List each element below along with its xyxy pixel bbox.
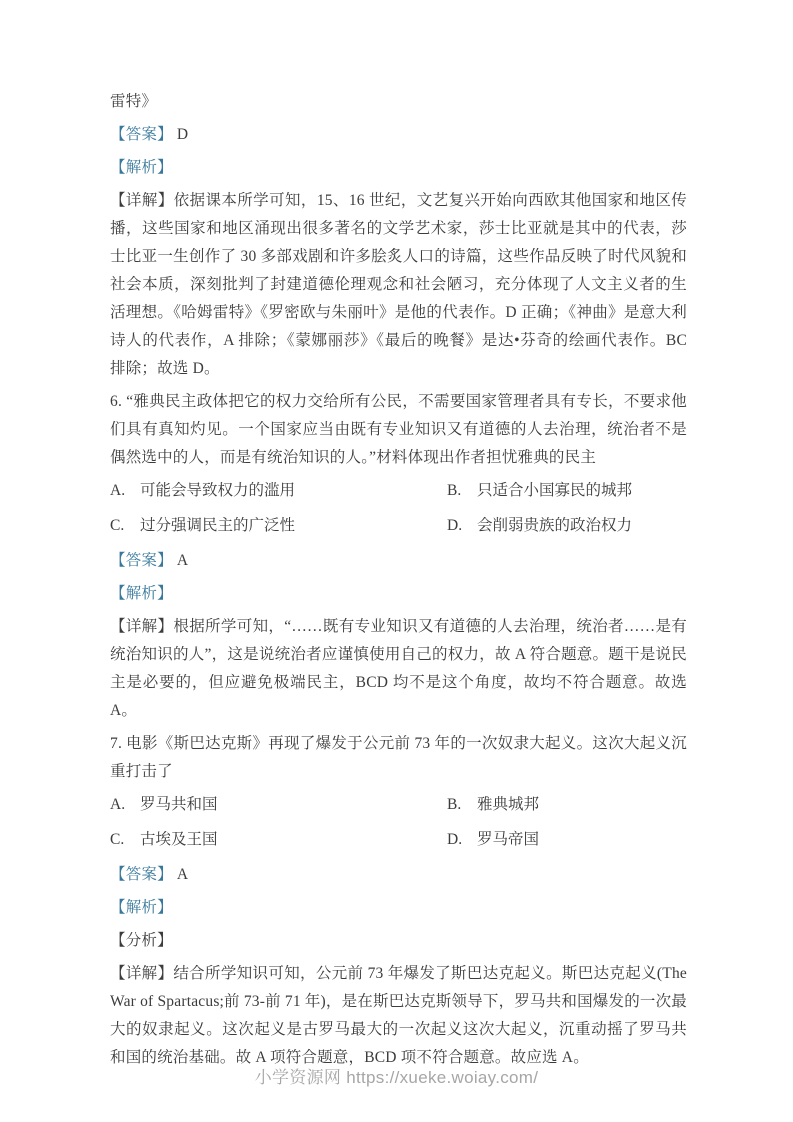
q5-stem-continuation: 雷特》 (110, 88, 687, 116)
q6-stem: 6. “雅典民主政体把它的权力交给所有公民，不需要国家管理者具有专长，不要求他们… (110, 388, 687, 472)
q5-analysis-label: 【解析】 (110, 154, 687, 182)
option-text: 雅典城邦 (477, 796, 539, 813)
exam-answer-page: 雷特》 【答案】D 【解析】 【详解】依据课本所学可知，15、16 世纪，文艺复… (0, 0, 793, 1122)
option-text: 罗马共和国 (140, 796, 218, 813)
q7-stem: 7. 电影《斯巴达克斯》再现了爆发于公元前 73 年的一次奴隶大起义。这次大起义… (110, 730, 687, 786)
option-key: A. (110, 477, 140, 505)
option-key: B. (447, 791, 477, 819)
option-key: B. (447, 477, 477, 505)
answer-label: 【答案】 (110, 126, 173, 143)
option-key: C. (110, 826, 140, 854)
option-text: 古埃及王国 (140, 831, 218, 848)
q6-options-row-1: A.可能会导致权力的滥用 B.只适合小国寡民的城邦 (110, 477, 687, 505)
analysis-label: 【解析】 (110, 585, 173, 602)
analysis-label: 【解析】 (110, 899, 173, 916)
answer-value: D (177, 126, 188, 143)
option-text: 可能会导致权力的滥用 (140, 482, 295, 499)
option-key: D. (447, 512, 477, 540)
q7-options-row-1: A.罗马共和国 B.雅典城邦 (110, 791, 687, 819)
answer-label: 【答案】 (110, 552, 173, 569)
analysis-label: 【解析】 (110, 159, 173, 176)
q7-detail-paragraph: 【详解】结合所学知识可知，公元前 73 年爆发了斯巴达克起义。斯巴达克起义(Th… (110, 960, 687, 1072)
answer-value: A (177, 552, 188, 569)
q7-option-c: C.古埃及王国 (110, 826, 447, 854)
q7-answer-line: 【答案】A (110, 861, 687, 889)
q6-option-a: A.可能会导致权力的滥用 (110, 477, 447, 505)
answer-value: A (177, 866, 188, 883)
q6-option-c: C.过分强调民主的广泛性 (110, 512, 447, 540)
answer-label: 【答案】 (110, 866, 173, 883)
q7-review-label: 【分析】 (110, 927, 687, 955)
option-text: 会削弱贵族的政治权力 (477, 517, 632, 534)
q7-analysis-label: 【解析】 (110, 894, 687, 922)
q7-option-a: A.罗马共和国 (110, 791, 447, 819)
q7-options-row-2: C.古埃及王国 D.罗马帝国 (110, 826, 687, 854)
q5-answer-line: 【答案】D (110, 121, 687, 149)
option-text: 罗马帝国 (477, 831, 539, 848)
option-text: 只适合小国寡民的城邦 (477, 482, 632, 499)
option-key: D. (447, 826, 477, 854)
q6-answer-line: 【答案】A (110, 547, 687, 575)
q6-options-row-2: C.过分强调民主的广泛性 D.会削弱贵族的政治权力 (110, 512, 687, 540)
option-text: 过分强调民主的广泛性 (140, 517, 295, 534)
review-label: 【分析】 (110, 932, 173, 949)
q7-option-b: B.雅典城邦 (447, 791, 687, 819)
q6-option-b: B.只适合小国寡民的城邦 (447, 477, 687, 505)
footer-watermark: 小学资源网 https://xueke.woiay.com/ (0, 1063, 793, 1088)
q6-analysis-label: 【解析】 (110, 580, 687, 608)
page-content: 雷特》 【答案】D 【解析】 【详解】依据课本所学可知，15、16 世纪，文艺复… (110, 88, 687, 1077)
q6-detail-paragraph: 【详解】根据所学可知，“……既有专业知识又有道德的人去治理，统治者……是有统治知… (110, 613, 687, 725)
q5-detail-paragraph: 【详解】依据课本所学可知，15、16 世纪，文艺复兴开始向西欧其他国家和地区传播… (110, 187, 687, 383)
option-key: A. (110, 791, 140, 819)
q7-option-d: D.罗马帝国 (447, 826, 687, 854)
q6-option-d: D.会削弱贵族的政治权力 (447, 512, 687, 540)
option-key: C. (110, 512, 140, 540)
